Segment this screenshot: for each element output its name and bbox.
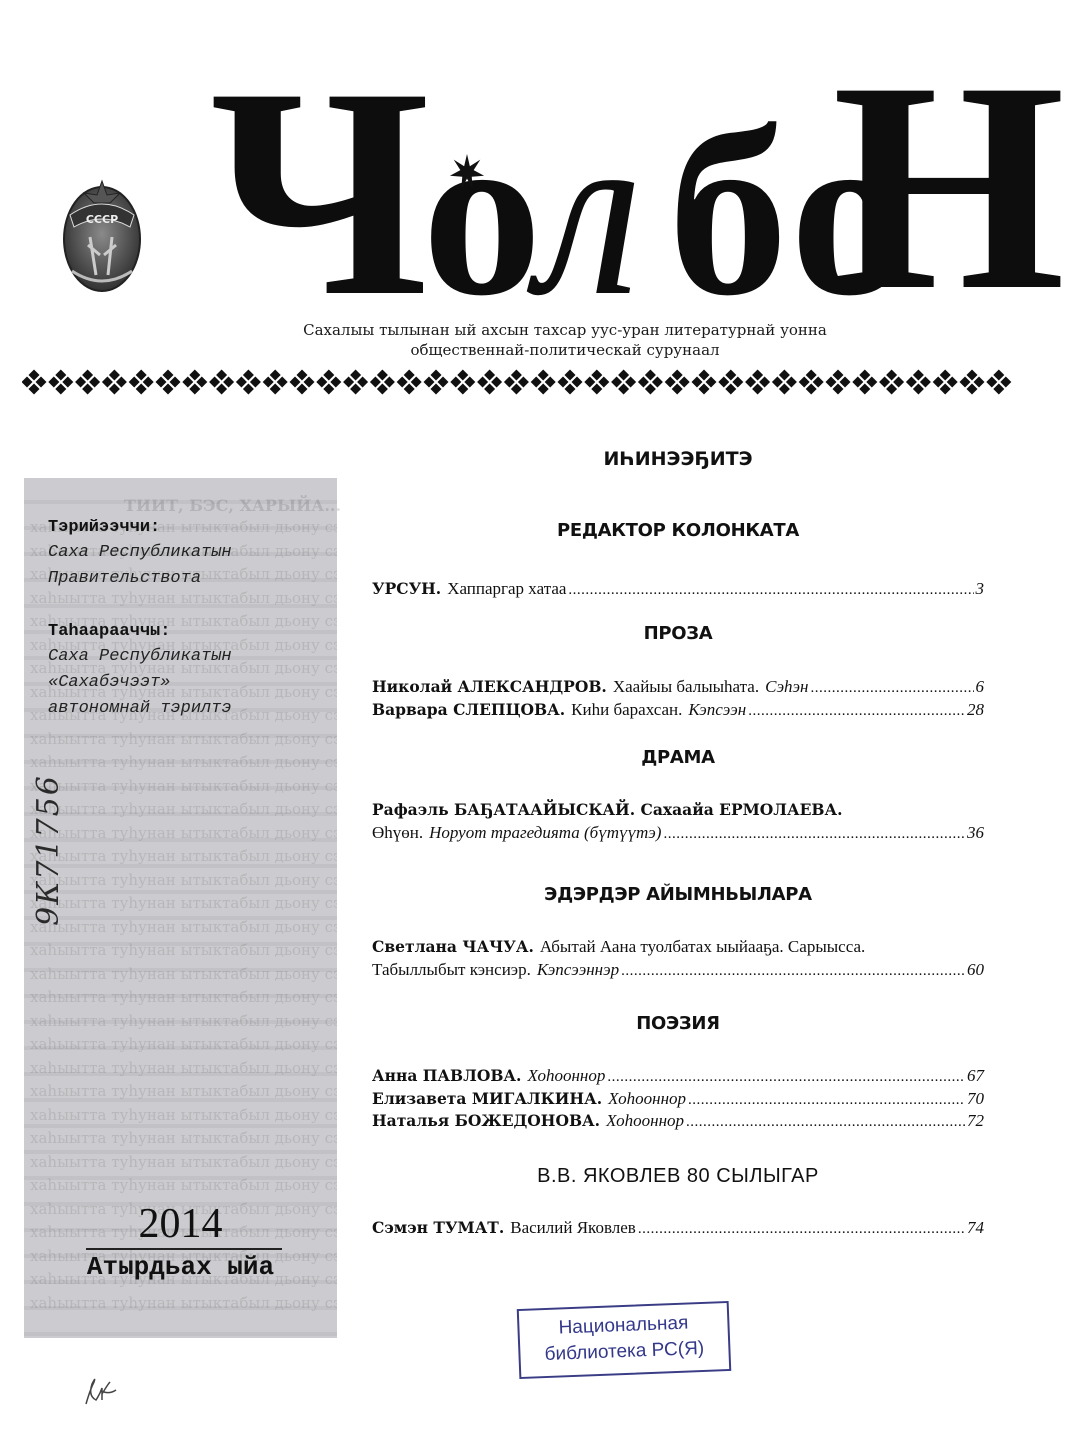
entry-leader-dots <box>638 1218 965 1240</box>
handwritten-catalog-number: 9К71756 <box>20 730 80 970</box>
entry-genre: Хоhооннор <box>608 1088 686 1110</box>
entry-page-number: 36 <box>967 822 984 844</box>
founder-label: Тэрийээччи: <box>48 518 160 537</box>
entry-leader-dots <box>621 960 965 982</box>
entry-genre: Хоhооннор <box>527 1065 605 1087</box>
entry-title: Өhүөн. <box>372 822 423 844</box>
toc-entry[interactable]: Өhүөн.Норуот трагедията (бүтүүтэ)36 <box>372 822 984 845</box>
order-badge-icon: СССР <box>60 175 144 295</box>
svg-text:9К71756: 9К71756 <box>31 774 66 926</box>
entry-author: Елизавета МИГАЛКИНА. <box>372 1088 602 1110</box>
entry-leader-dots <box>663 823 965 845</box>
magazine-title: Ч о л б о Н <box>200 80 1000 315</box>
toc-section-heading: РЕДАКТОР КОЛОНКАТА <box>372 520 984 541</box>
bleed-through-heading: ТИИТ, БЭС, ХАРЫЙА... <box>124 496 341 515</box>
entry-genre: Хоhооннор <box>606 1110 684 1132</box>
entry-title: Хаппаргар хатаа <box>447 578 566 600</box>
entry-page-number: 67 <box>967 1065 984 1087</box>
entry-title: Хаайыы балыыhата. <box>613 676 759 698</box>
diamond-ornament-border <box>22 366 1022 398</box>
entry-author: Светлана ЧАЧУА. <box>372 936 534 958</box>
issue-year: 2014 <box>24 1200 337 1248</box>
toc-section-heading: В.В. ЯКОВЛЕВ 80 СЫЛЫГАР <box>372 1165 984 1188</box>
toc-entry[interactable]: Рафаэль БАҔАТААЙЫСКАЙ. Сахаайа ЕРМОЛАЕВА… <box>372 799 984 821</box>
year-divider <box>86 1248 282 1250</box>
entry-page-number: 70 <box>967 1088 984 1110</box>
issue-month: Атырдьах ыйа <box>24 1252 337 1282</box>
toc-entry[interactable]: Николай АЛЕКСАНДРОВ.Хаайыы балыыhата.Сэh… <box>372 676 984 699</box>
entry-author: УРСУН. <box>372 578 441 600</box>
title-letter: л <box>538 92 643 332</box>
entry-leader-dots <box>811 677 974 699</box>
toc-entry[interactable]: Табыллыбыт кэнсиэр.Кэпсээннэр60 <box>372 959 984 982</box>
entry-genre: Сэhэн <box>765 676 808 698</box>
entry-page-number: 74 <box>967 1217 984 1239</box>
toc-section-heading: ДРАМА <box>372 747 984 768</box>
entry-page-number: 72 <box>967 1110 984 1132</box>
entry-author: Рафаэль БАҔАТААЙЫСКАЙ. Сахаайа ЕРМОЛАЕВА… <box>372 799 843 821</box>
entry-author: Николай АЛЕКСАНДРОВ. <box>372 676 607 698</box>
toc-section-heading: ЭДЭРДЭР АЙЫМНЬЫЛАРА <box>372 884 984 905</box>
entry-page-number: 60 <box>967 959 984 981</box>
handwritten-initials <box>80 1370 130 1410</box>
entry-genre: Кэпсээннэр <box>537 959 619 981</box>
toc-entry[interactable]: Анна ПАВЛОВА.Хоhооннор67 <box>372 1065 984 1088</box>
entry-author: Анна ПАВЛОВА. <box>372 1065 521 1087</box>
toc-entry[interactable]: Варвара СЛЕПЦОВА.Киhи барахсан.Кэпсээн28 <box>372 699 984 722</box>
entry-leader-dots <box>607 1066 965 1088</box>
entry-author: Наталья БОЖЕДОНОВА. <box>372 1110 600 1132</box>
toc-section-heading: ПРОЗА <box>372 623 984 644</box>
entry-author: Варвара СЛЕПЦОВА. <box>372 699 565 721</box>
entry-title: Абытай Аана туолбатах ыыйааҕа. Сарыысса. <box>540 936 865 958</box>
toc-section-heading: ПОЭЗИЯ <box>372 1013 984 1034</box>
toc-entry[interactable]: Светлана ЧАЧУА.Абытай Аана туолбатах ыый… <box>372 936 984 958</box>
toc-entry[interactable]: Наталья БОЖЕДОНОВА.Хоhооннор72 <box>372 1110 984 1133</box>
toc-entry[interactable]: Сэмэн ТУМАТ.Василий Яковлев74 <box>372 1217 984 1240</box>
entry-page-number: 3 <box>976 578 985 600</box>
entry-page-number: 28 <box>967 699 984 721</box>
publisher-label: Таhаарааччы: <box>48 622 170 641</box>
title-letter: о <box>422 92 542 332</box>
svg-text:СССР: СССР <box>86 213 118 226</box>
entry-genre: Норуот трагедията (бүтүүтэ) <box>429 822 661 844</box>
title-letter: Н <box>832 36 1065 336</box>
title-letter: Ч <box>210 42 430 342</box>
founder-value: Саха Республикатын Правительствота <box>48 540 232 592</box>
toc-entry[interactable]: Елизавета МИГАЛКИНА.Хоhооннор70 <box>372 1088 984 1111</box>
entry-leader-dots <box>686 1111 965 1133</box>
entry-leader-dots <box>568 579 973 601</box>
publisher-value: Саха Республикатын «Сахабэчээт» автономн… <box>48 644 232 722</box>
entry-leader-dots <box>748 700 965 722</box>
entry-genre: Кэпсээн <box>688 699 746 721</box>
entry-author: Сэмэн ТУМАТ. <box>372 1217 504 1239</box>
magazine-subtitle: Сахалыы тылынан ый ахсын тахсар уус-уран… <box>240 320 890 360</box>
toc-title: ИҺИНЭЭҔИТЭ <box>372 448 984 470</box>
library-stamp: Национальная библиотека РС(Я) <box>517 1301 732 1379</box>
toc-entry[interactable]: УРСУН.Хаппаргар хатаа3 <box>372 578 984 601</box>
title-letter: б <box>668 92 788 332</box>
entry-title: Василий Яковлев <box>510 1217 636 1239</box>
star-icon <box>448 152 486 192</box>
entry-page-number: 6 <box>976 676 985 698</box>
entry-title: Табыллыбыт кэнсиэр. <box>372 959 531 981</box>
entry-leader-dots <box>688 1089 965 1111</box>
entry-title: Киhи барахсан. <box>571 699 682 721</box>
